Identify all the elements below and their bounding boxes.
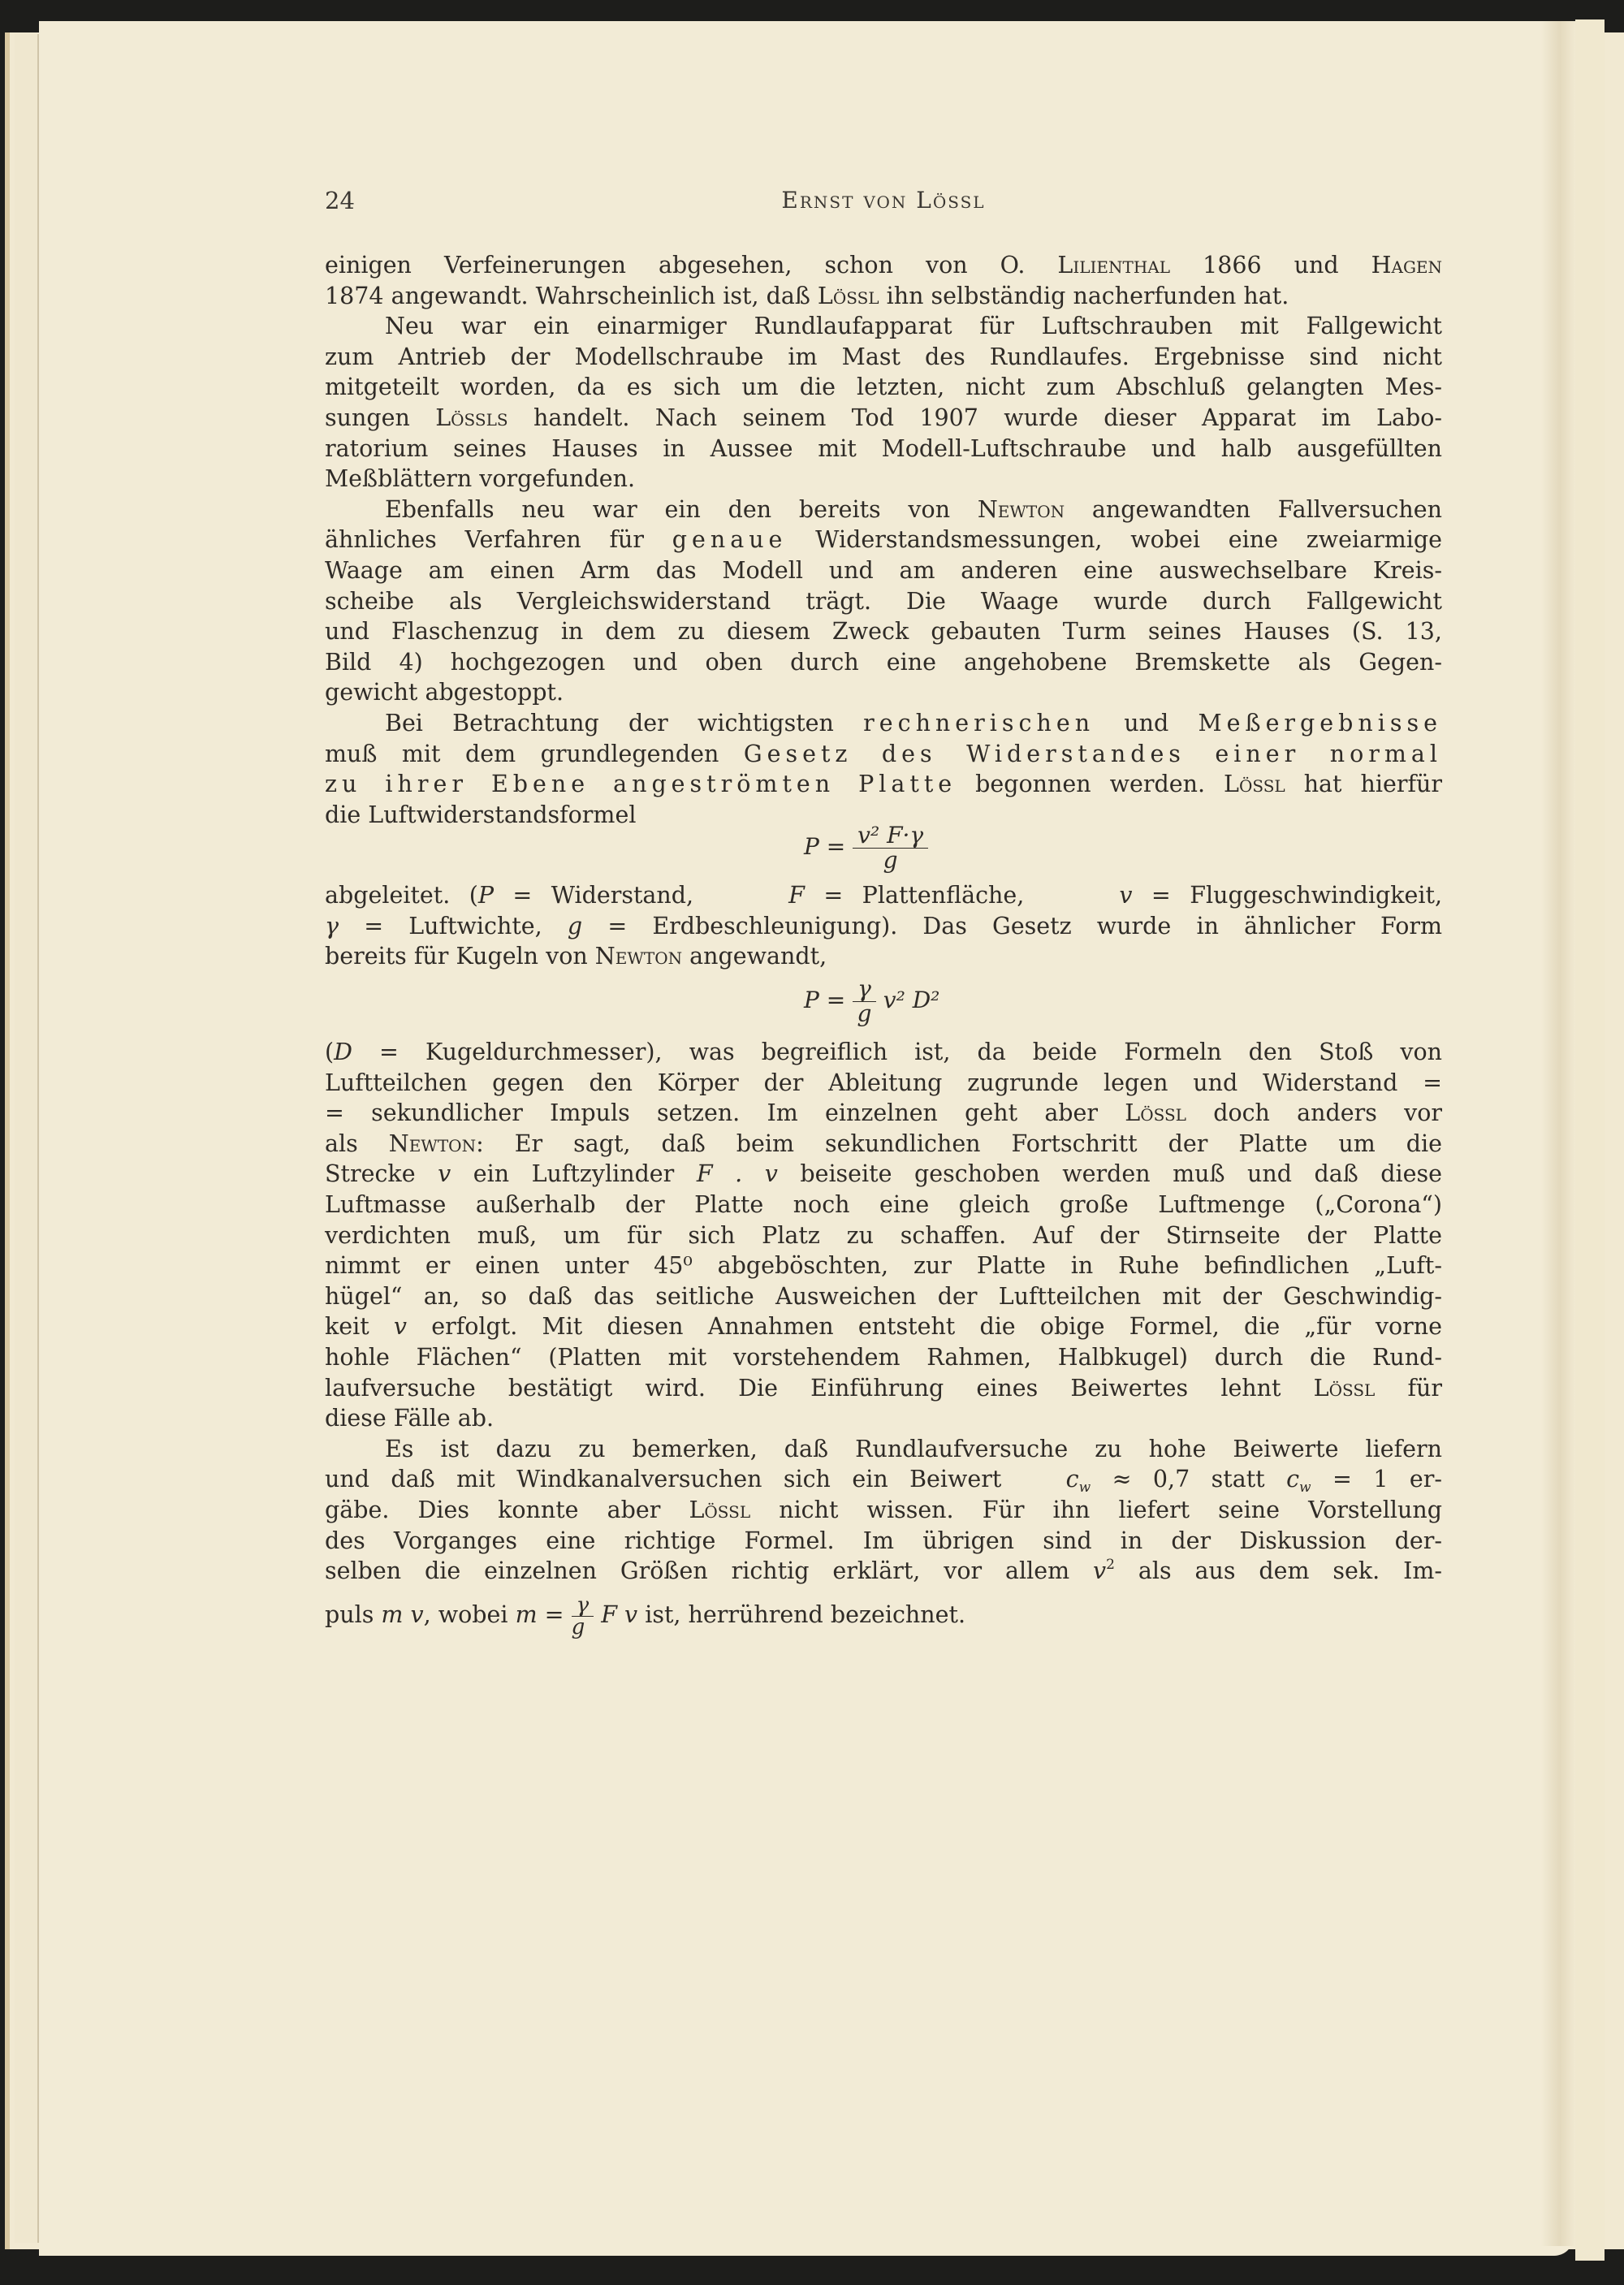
text-span: 1866 und <box>1170 252 1371 279</box>
paragraph: Ebenfalls neu war ein den bereits von Ne… <box>325 495 1442 708</box>
math-variable: cw <box>1286 1466 1311 1492</box>
text-span: keit <box>325 1313 394 1340</box>
text-span: Strecke <box>325 1160 438 1187</box>
fraction-numerator: v² F·γ <box>853 823 928 849</box>
running-head: 24 Ernst von Lössl <box>325 187 1442 219</box>
text-line: = sekundlicher Impuls setzen. Im einzeln… <box>325 1098 1442 1129</box>
text-line: verdichten muß, um für sich Platz zu sch… <box>325 1220 1442 1251</box>
math-variable: v <box>438 1160 451 1187</box>
person-name: Lössl <box>818 283 879 309</box>
paragraph: Bei Betrachtung der wichtigsten rechneri… <box>325 708 1442 830</box>
text-line: Es ist dazu zu bemerken, daß Rundlaufver… <box>325 1434 1442 1465</box>
text-span: handelt. Nach seinem Tod 1907 wurde dies… <box>508 404 1442 431</box>
math-variable: v <box>1119 882 1132 909</box>
math-variable: cw <box>1066 1466 1091 1492</box>
formula-fraction: γ g <box>853 977 876 1026</box>
text-line: laufversuche bestätigt wird. Die Einführ… <box>325 1373 1442 1404</box>
text-line: selben die einzelnen Größen richtig erkl… <box>325 1556 1442 1587</box>
math-variable: v <box>394 1313 407 1340</box>
text-span: = Fluggeschwindigkeit, <box>1133 882 1442 909</box>
text-span: laufversuche bestätigt wird. Die Einführ… <box>325 1375 1314 1402</box>
text-span: muß mit dem grundlegenden <box>325 741 744 767</box>
text-span: nicht wissen. Für ihn liefert seine Vors… <box>750 1497 1442 1523</box>
text-line: Bild 4) hochgezogen und oben durch eine … <box>325 647 1442 678</box>
math-variable: m <box>516 1601 538 1628</box>
text-span: selben die einzelnen Größen richtig erkl… <box>325 1557 1093 1584</box>
spaced-emphasis: Gesetz des Widerstandes einer normal <box>744 741 1442 767</box>
page-fold-shadow <box>1541 21 1575 2246</box>
text-line: diese Fälle ab. <box>325 1403 1442 1434</box>
text-line: bereits für Kugeln von Newton angewandt, <box>325 941 1442 972</box>
text-line: gewicht abgestoppt. <box>325 677 1442 708</box>
math-variable: m v <box>381 1601 423 1628</box>
math-variable: F v <box>594 1601 637 1628</box>
text-line: scheibe als Vergleichswiderstand trägt. … <box>325 586 1442 617</box>
text-line: sungen Lössls handelt. Nach seinem Tod 1… <box>325 403 1442 434</box>
formula-lhs: P <box>804 987 819 1013</box>
text-line: muß mit dem grundlegenden Gesetz des Wid… <box>325 739 1442 770</box>
person-name: Newton <box>978 496 1065 523</box>
text-span: 1874 angewandt. Wahrscheinlich ist, daß <box>325 283 818 309</box>
text-span: und <box>1095 710 1198 736</box>
text-span: puls <box>325 1601 381 1628</box>
left-page-edge <box>15 34 39 2243</box>
coefficient-subscript: w <box>1079 1479 1091 1496</box>
text-line: keit v erfolgt. Mit diesen Annahmen ents… <box>325 1311 1442 1342</box>
text-line: Luftteilchen gegen den Körper der Ableit… <box>325 1068 1442 1099</box>
text-line: und Flaschenzug in dem zu diesem Zweck g… <box>325 616 1442 647</box>
fraction-numerator: γ <box>853 977 876 1002</box>
spacer <box>325 1587 1442 1595</box>
formula-lhs: P <box>804 833 819 860</box>
spaced-emphasis: Meßergebnisse <box>1198 710 1442 736</box>
text-line: Meßblättern vorgefunden. <box>325 464 1442 495</box>
text-line: des Vorganges eine richtige Formel. Im ü… <box>325 1526 1442 1557</box>
spaced-emphasis: zu ihrer Ebene angeströmten Platte <box>325 771 957 797</box>
math-variable: D <box>334 1039 352 1065</box>
text-line: zum Antrieb der Modellschraube im Mast d… <box>325 342 1442 373</box>
text-span: abgeleitet. ( <box>325 882 478 909</box>
text-span: = Plattenfläche, <box>805 882 1119 909</box>
paragraph: Es ist dazu zu bemerken, daß Rundlaufver… <box>325 1434 1442 1644</box>
text-line: puls m v, wobei m = γg F v ist, herrühre… <box>325 1595 1442 1644</box>
formula-equals: = <box>827 987 845 1013</box>
text-span: beiseite geschoben werden muß und daß di… <box>778 1160 1442 1187</box>
text-span: , wobei <box>424 1601 516 1628</box>
text-line: Luftmasse außerhalb der Platte noch eine… <box>325 1190 1442 1220</box>
text-line: (D = Kugeldurchmesser), was begreiflich … <box>325 1037 1442 1068</box>
text-line: γ = Luftwichte, g = Erdbeschleunigung). … <box>325 911 1442 942</box>
text-line: Ebenfalls neu war ein den bereits von Ne… <box>325 495 1442 525</box>
person-name: Newton <box>595 943 682 970</box>
text-span: doch anders vor <box>1186 1099 1442 1126</box>
math-variable: g <box>568 913 582 939</box>
spaced-emphasis: rechnerischen <box>863 710 1095 736</box>
spaced-emphasis: genaue <box>672 526 788 553</box>
text-line: ratorium seines Hauses in Aussee mit Mod… <box>325 434 1442 464</box>
text-line: mitgeteilt worden, da es sich um die let… <box>325 372 1442 403</box>
formula-equals: = <box>827 833 845 860</box>
paragraph: abgeleitet. (P = Widerstand, F = Platten… <box>325 880 1442 972</box>
text-span: gäbe. Dies konnte aber <box>325 1497 689 1523</box>
text-span: einigen Verfeinerungen abgesehen, schon … <box>325 252 1057 279</box>
person-name: Lilienthal <box>1057 252 1170 279</box>
coefficient-symbol: c <box>1066 1466 1079 1492</box>
text-span: erfolgt. Mit diesen Annahmen entsteht di… <box>407 1313 1442 1340</box>
text-span: : Er sagt, daß beim sekundlichen Fortsch… <box>476 1130 1442 1157</box>
formula-drag-plate: P = v² F·γ g <box>325 819 1442 880</box>
text-line: als Newton: Er sagt, daß beim sekundlich… <box>325 1129 1442 1160</box>
coefficient-symbol: c <box>1286 1466 1299 1492</box>
text-span: ihn selbständig nacherfunden hat. <box>879 283 1289 309</box>
text-line: 1874 angewandt. Wahrscheinlich ist, daß … <box>325 281 1442 312</box>
formula-fraction: v² F·γ g <box>853 823 928 873</box>
math-variable: P <box>478 882 494 909</box>
text-span: als <box>325 1130 389 1157</box>
text-span: = <box>538 1601 572 1628</box>
text-line: Bei Betrachtung der wichtigsten rechneri… <box>325 708 1442 739</box>
math-variable: v <box>1093 1557 1106 1584</box>
fraction-denominator: g <box>853 849 928 873</box>
text-line: hügel“ an, so daß das seitliche Ausweich… <box>325 1281 1442 1312</box>
text-span: ähnliches Verfahren für <box>325 526 672 553</box>
fraction-numerator: γ <box>572 1595 594 1617</box>
text-span: = Kugeldurchmesser), was begreiflich ist… <box>352 1039 1442 1065</box>
text-span: als aus dem sek. Im- <box>1115 1557 1442 1584</box>
math-variable: F <box>788 882 805 909</box>
text-line: hohle Flächen“ (Platten mit vorstehendem… <box>325 1342 1442 1373</box>
text-line: Waage am einen Arm das Modell und am and… <box>325 555 1442 586</box>
text-span: = Erdbeschleunigung). Das Gesetz wurde i… <box>582 913 1442 939</box>
text-line: zu ihrer Ebene angeströmten Platte begon… <box>325 769 1442 800</box>
text-span: = 1 er- <box>1311 1466 1442 1492</box>
text-span: = Widerstand, <box>494 882 788 909</box>
text-span: und daß mit Windkanalversuchen sich ein … <box>325 1466 1066 1492</box>
text-span: hat hierfür <box>1285 771 1442 797</box>
text-span: ein Luftzylinder <box>451 1160 697 1187</box>
text-span: bereits für Kugeln von <box>325 943 595 970</box>
body-text: einigen Verfeinerungen abgesehen, schon … <box>325 250 1442 1644</box>
superscript: 2 <box>1106 1557 1115 1573</box>
math-variable: γ <box>325 913 339 939</box>
person-name: Lössl <box>1314 1375 1376 1402</box>
paragraph: Neu war ein einarmiger Rundlaufapparat f… <box>325 311 1442 495</box>
text-span: Widerstandsmessungen, wobei eine zweiarm… <box>787 526 1442 553</box>
person-name: Newton <box>389 1130 476 1157</box>
paragraph: einigen Verfeinerungen abgesehen, schon … <box>325 250 1442 311</box>
fraction-denominator: g <box>572 1617 594 1638</box>
text-span: begonnen werden. <box>957 771 1224 797</box>
person-name: Hagen <box>1371 252 1442 279</box>
text-line: ähnliches Verfahren für genaue Widerstan… <box>325 525 1442 555</box>
text-span: sungen <box>325 404 435 431</box>
person-name: Lössls <box>435 404 508 431</box>
text-line: gäbe. Dies konnte aber Lössl nicht wisse… <box>325 1495 1442 1526</box>
text-span: angewandt, <box>682 943 827 970</box>
person-name: Lössl <box>1125 1099 1186 1126</box>
coefficient-subscript: w <box>1299 1479 1311 1496</box>
text-span: = Luftwichte, <box>339 913 568 939</box>
paragraph: (D = Kugeldurchmesser), was begreiflich … <box>325 1037 1442 1434</box>
text-span: ( <box>325 1039 334 1065</box>
text-span: = sekundlicher Impuls setzen. Im einzeln… <box>325 1099 1125 1126</box>
text-line: und daß mit Windkanalversuchen sich ein … <box>325 1464 1442 1495</box>
text-span: Ebenfalls neu war ein den bereits von <box>385 496 978 523</box>
text-line: Neu war ein einarmiger Rundlaufapparat f… <box>325 311 1442 342</box>
person-name: Lössl <box>689 1497 750 1523</box>
person-name: Lössl <box>1224 771 1285 797</box>
running-title: Ernst von Lössl <box>325 187 1442 214</box>
text-line: abgeleitet. (P = Widerstand, F = Platten… <box>325 880 1442 911</box>
math-variable: F . v <box>697 1160 778 1187</box>
text-span: ≈ 0,7 statt <box>1091 1466 1286 1492</box>
formula-rest: v² D² <box>883 987 940 1013</box>
text-span: Bei Betrachtung der wichtigsten <box>385 710 863 736</box>
text-line: Strecke v ein Luftzylinder F . v beiseit… <box>325 1159 1442 1190</box>
fraction-denominator: g <box>853 1002 876 1026</box>
formula-drag-sphere: P = γ g v² D² <box>325 972 1442 1037</box>
right-page-edge <box>1575 19 1605 2261</box>
text-span: ist, herrührend bezeichnet. <box>637 1601 965 1628</box>
text-span: für <box>1375 1375 1442 1402</box>
text-span: angewandten Fallversuchen <box>1065 496 1442 523</box>
text-line: einigen Verfeinerungen abgesehen, schon … <box>325 250 1442 281</box>
inline-fraction: γg <box>572 1595 594 1638</box>
text-line: nimmt er einen unter 45⁰ abgeböschten, z… <box>325 1250 1442 1281</box>
